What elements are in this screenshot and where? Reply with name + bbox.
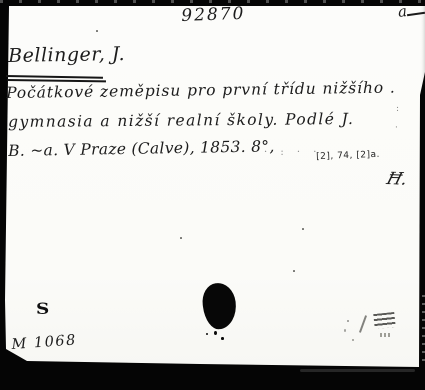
- corner-annotation: a: [397, 2, 408, 21]
- ink-drip: [221, 337, 224, 340]
- format-letter: S: [36, 299, 49, 318]
- faint-dot-marks: · : · ·: [264, 147, 321, 158]
- scan-edge-texture-top: [0, 0, 425, 3]
- paper-speck: [180, 237, 182, 239]
- paper-speck: [96, 30, 98, 32]
- pencil-smudge-dot: [344, 329, 346, 332]
- ink-drip: [214, 331, 217, 335]
- ink-drip: [206, 333, 208, 335]
- right-margin-mark: :: [396, 104, 399, 114]
- right-margin-mark: ·: [395, 123, 398, 133]
- pencil-smudge-dot: [352, 339, 354, 341]
- pencil-smudge-stamp: [373, 312, 395, 329]
- paper-speck: [293, 270, 295, 272]
- pencil-smudge-dot: [347, 320, 349, 322]
- author-heading: Bellinger, J.: [8, 43, 125, 67]
- paper-speck: [302, 228, 304, 230]
- title-line-2: gymnasia a nižší realní školy. Podlé J.: [8, 110, 354, 131]
- pencil-smudge-stamp-tail: [380, 333, 390, 337]
- scanned-catalog-card-image: 92870 a Bellinger, J. Počátkové zeměpisu…: [0, 0, 425, 390]
- scan-smear: [300, 369, 415, 372]
- catalog-number: 92870: [181, 4, 246, 26]
